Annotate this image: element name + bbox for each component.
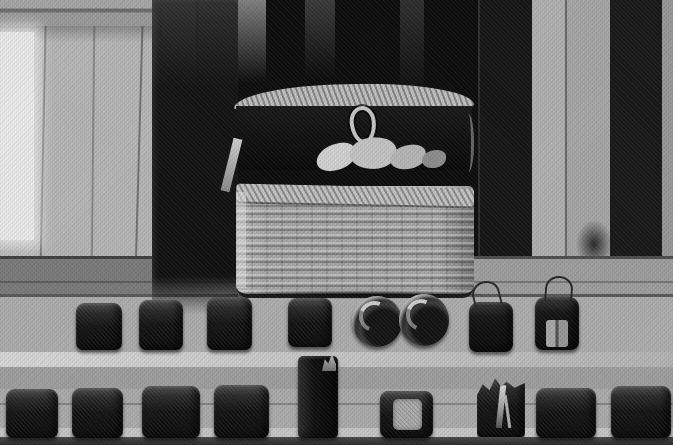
tall-brick-loaf [298,356,338,438]
dark-brick-loaf [611,386,671,438]
cut-face-loaf [380,391,433,438]
dark-brick-loaf [214,385,269,438]
dark-brick-loaf [142,386,200,438]
dark-brick-loaf [6,389,58,438]
lower-step-row [0,0,673,445]
dark-brick-loaf [536,388,596,438]
photograph [0,0,673,445]
broken-open-loaf [477,377,525,437]
dark-brick-loaf [72,388,123,438]
